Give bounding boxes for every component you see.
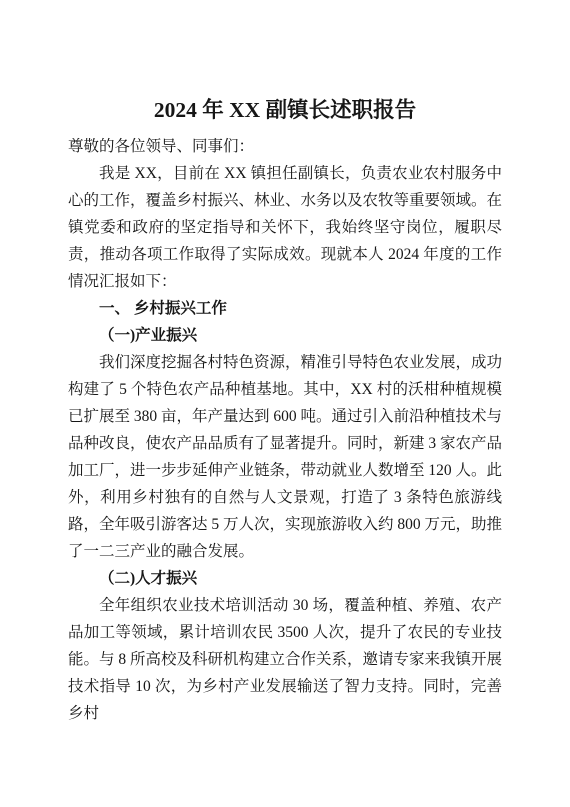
report-document-page: 2024 年 XX 副镇长述职报告 尊敬的各位领导、同事们： 我是 XX，目前在… [0,0,570,807]
salutation-line: 尊敬的各位领导、同事们： [68,133,502,160]
paragraph-introduction: 我是 XX，目前在 XX 镇担任副镇长，负责农业农村服务中心的工作，覆盖乡村振兴… [68,160,502,295]
document-title: 2024 年 XX 副镇长述职报告 [68,95,502,126]
subsection-heading-talent-revitalization: （二)人才振兴 [68,565,502,592]
subsection-heading-industry-revitalization: （一)产业振兴 [68,322,502,349]
section-heading-rural-revitalization: 一、 乡村振兴工作 [68,295,502,322]
paragraph-industry-revitalization: 我们深度挖掘各村特色资源，精准引导特色农业发展，成功构建了 5 个特色农产品种植… [68,349,502,565]
paragraph-talent-revitalization: 全年组织农业技术培训活动 30 场，覆盖种植、养殖、农产品加工等领域，累计培训农… [68,592,502,727]
